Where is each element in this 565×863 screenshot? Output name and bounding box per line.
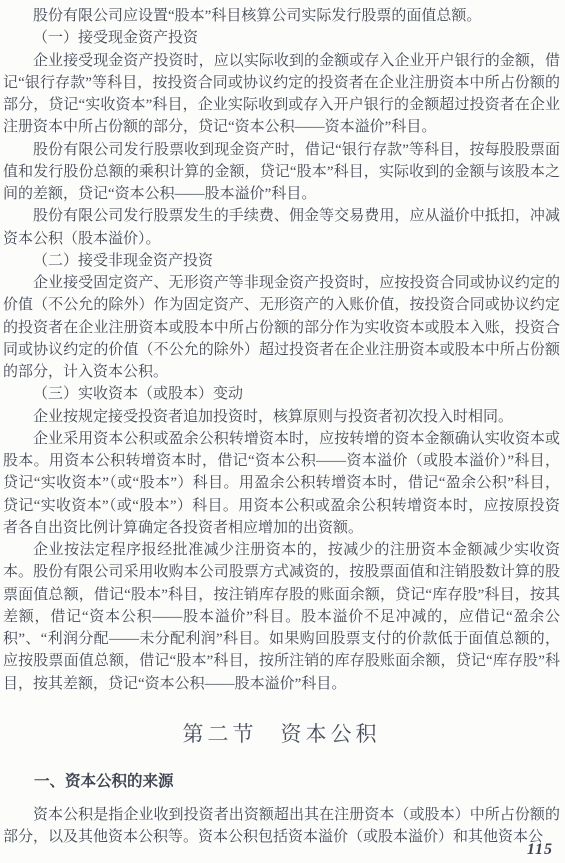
paragraph: 企业接受固定资产、无形资产等非现金资产投资时，应按投资合同或协议约定的价值（不公… — [3, 272, 560, 383]
paragraph: 股份有限公司发行股票收到现金资产时，借记“银行存款”等科目，按每股股票面值和发行… — [3, 139, 560, 206]
paragraph: 企业接受现金资产投资时，应以实际收到的金额或存入企业开户银行的金额，借记“银行存… — [3, 50, 560, 139]
section-heading: 第二节资本公积 — [3, 718, 560, 748]
paragraph: 股份有限公司发行股票发生的手续费、佣金等交易费用，应从溢价中抵扣，冲减资本公积（… — [3, 205, 560, 250]
paragraph: 股份有限公司应设置“股本”科目核算公司实际发行股票的面值总额。 — [3, 5, 560, 27]
book-page: 股份有限公司应设置“股本”科目核算公司实际发行股票的面值总额。 （一）接受现金资… — [0, 0, 565, 863]
subsection-heading: 一、资本公积的来源 — [3, 769, 560, 791]
paragraph: 企业按法定程序报经批准减少注册资本的，按减少的注册资本金额减少实收资本。股份有限… — [3, 539, 560, 695]
section-number: 第二节 — [182, 722, 257, 746]
paragraph: 资本公积是指企业收到投资者出资额超出其在注册资本（或股本）中所占份额的部分，以及… — [3, 804, 560, 849]
paragraph: 企业按规定接受投资者追加投资时，核算原则与投资者初次投入时相同。 — [3, 406, 560, 428]
list-item-heading: （二）接受非现金资产投资 — [3, 250, 560, 272]
section-title: 资本公积 — [281, 722, 381, 746]
paragraph: 企业采用资本公积或盈余公积转增资本时，应按转增的资本金额确认实收资本或股本。用资… — [3, 428, 560, 539]
list-item-heading: （三）实收资本（或股本）变动 — [3, 383, 560, 405]
list-item-heading: （一）接受现金资产投资 — [3, 27, 560, 49]
page-number: 115 — [527, 841, 553, 859]
